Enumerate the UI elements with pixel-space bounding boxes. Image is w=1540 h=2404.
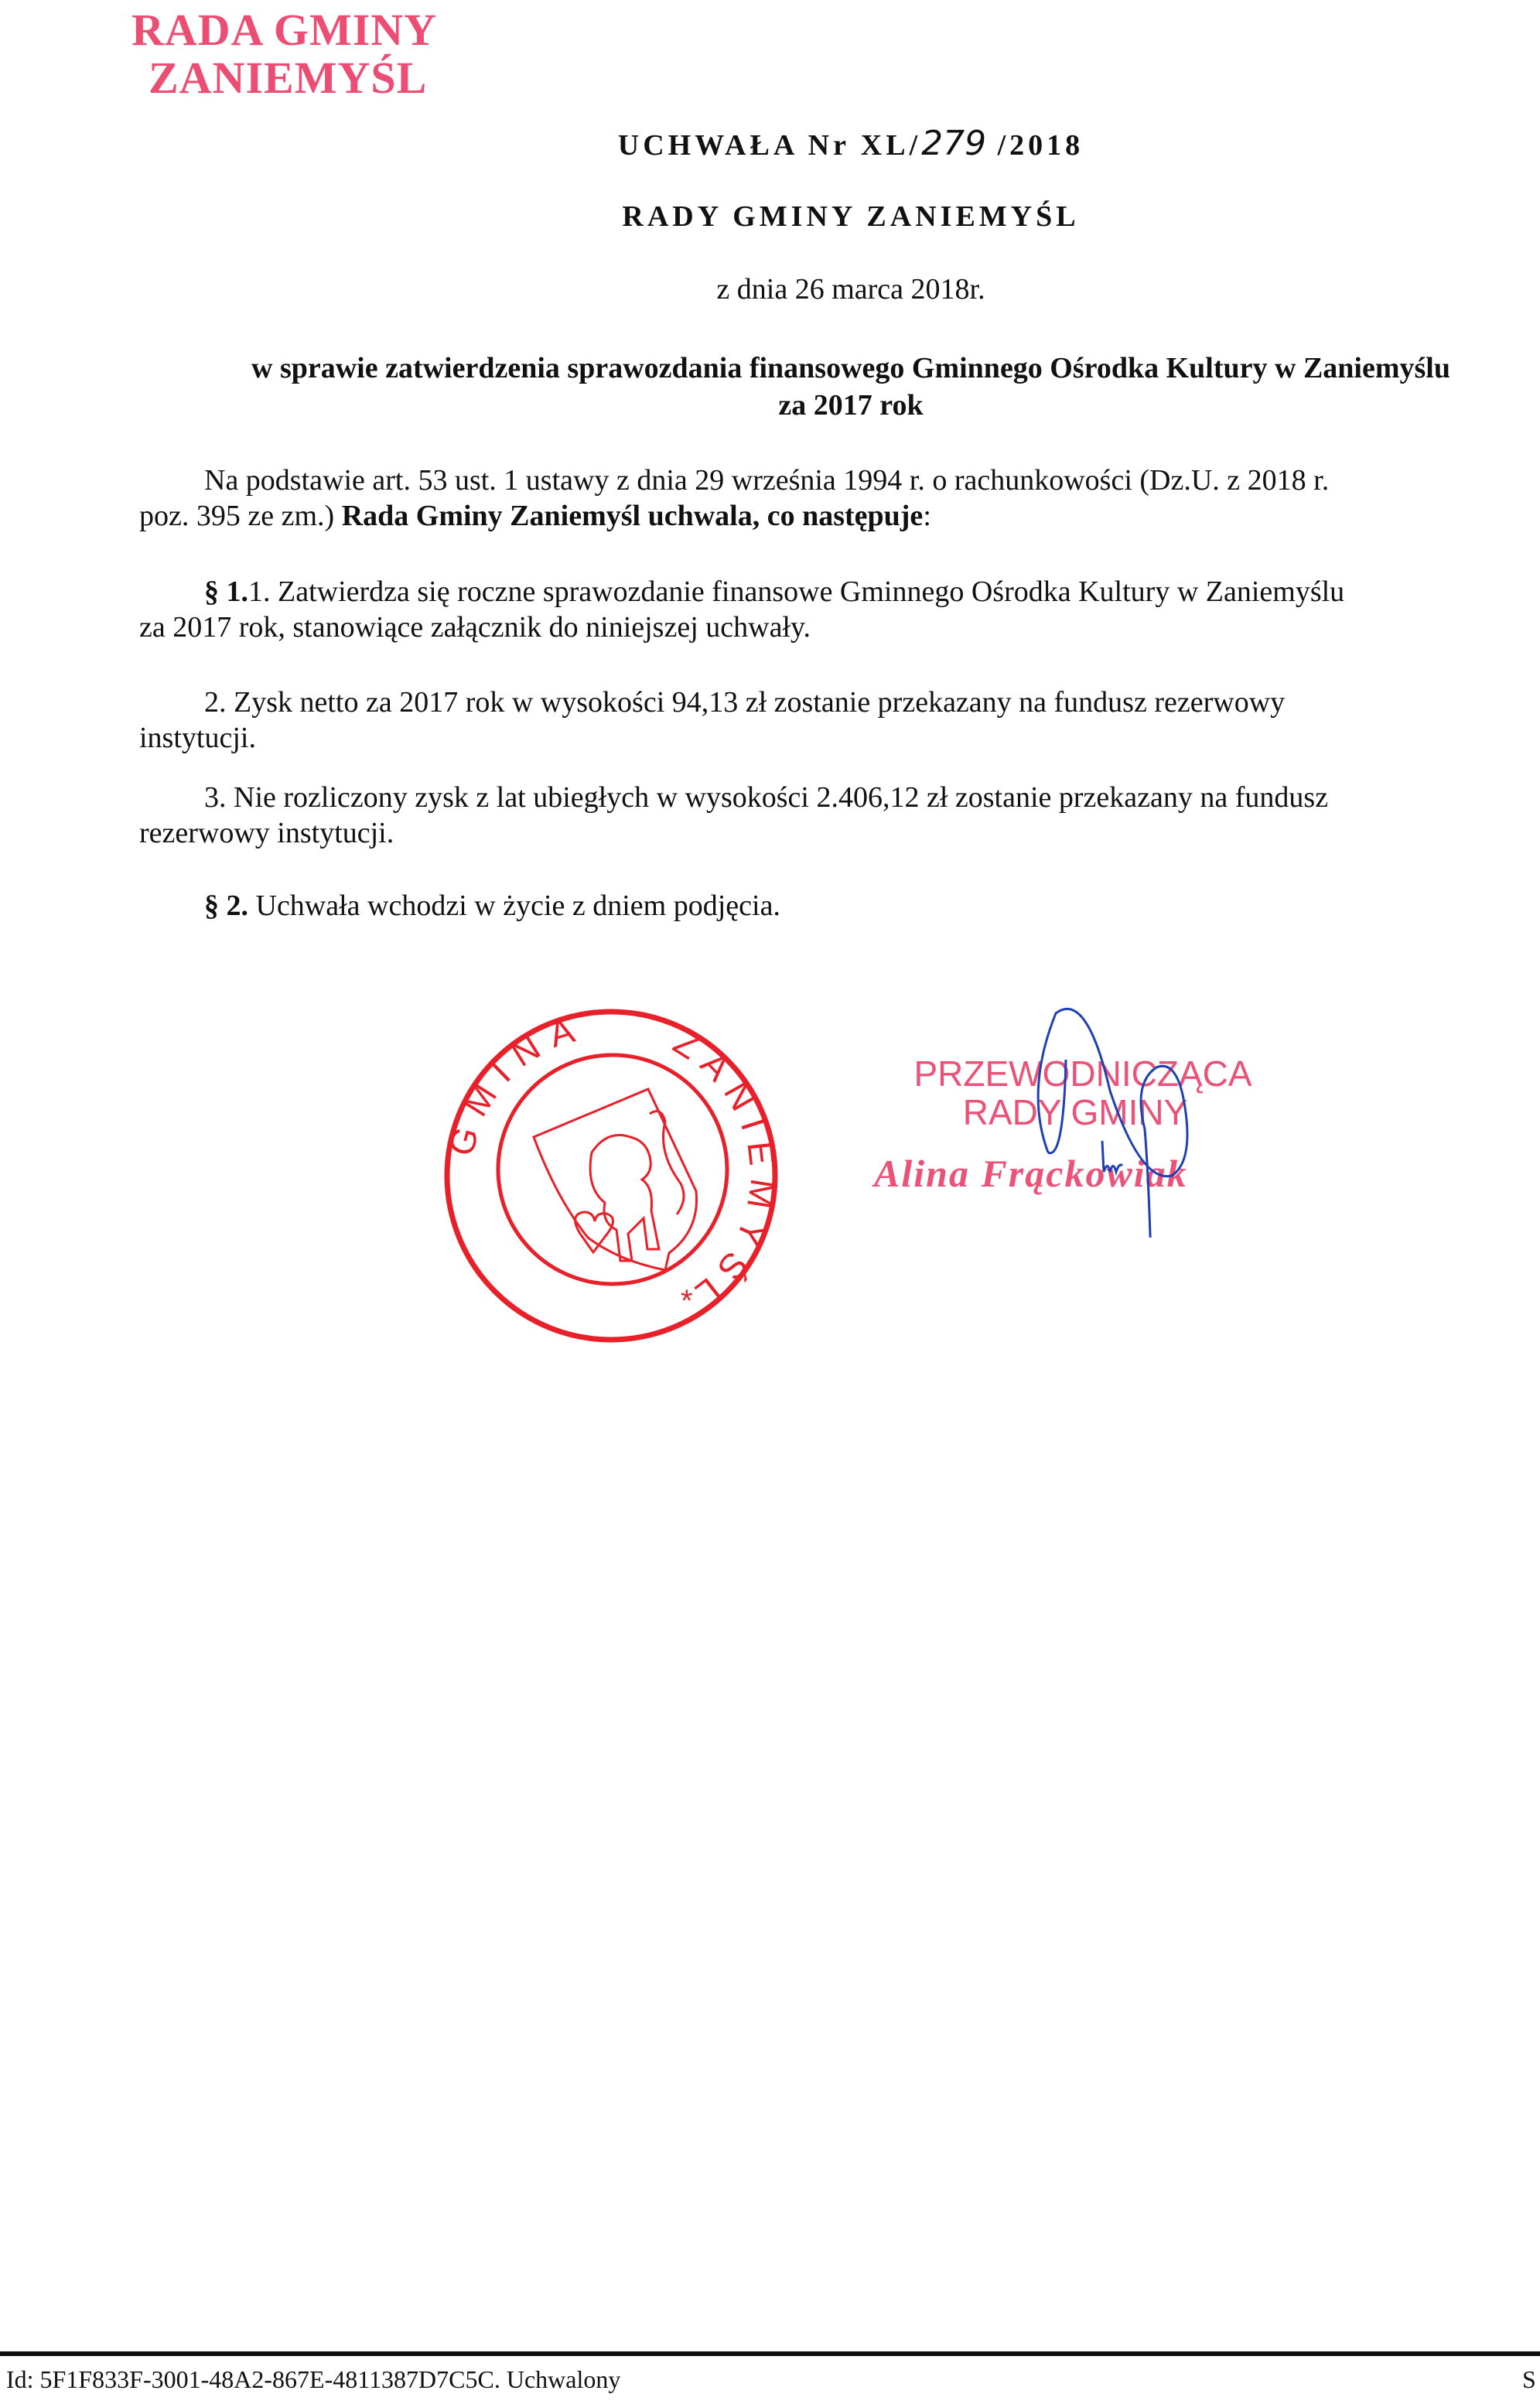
council-header-stamp: RADA GMINY ZANIEMYŚL xyxy=(131,6,437,102)
seal-icon: GMINA ZANIEMYŚL * xyxy=(433,998,789,1354)
section-1-label: § 1. xyxy=(204,575,248,608)
seal-text-left: GMINA xyxy=(440,1006,590,1160)
resolution-title: UCHWAŁA Nr XL/279 /2018 xyxy=(0,124,1540,163)
preamble: Na podstawie art. 53 ust. 1 ustawy z dni… xyxy=(139,463,1329,534)
section-1-point-1: § 1.1. Zatwierdza się roczne sprawozdani… xyxy=(139,574,1344,645)
handwritten-resolution-number: 279 xyxy=(921,124,986,163)
council-stamp-line2: ZANIEMYŚL xyxy=(131,54,437,102)
section-2-label: § 2. xyxy=(204,890,248,922)
svg-text:GMINA: GMINA xyxy=(440,1006,590,1160)
chairwoman-signature-block: PRZEWODNICZĄCA RADY GMINY Alina Frąckowi… xyxy=(859,1036,1323,1222)
council-stamp-line1: RADA GMINY xyxy=(131,6,437,54)
handwritten-signature-icon xyxy=(859,1006,1323,1238)
subject-line-1: w sprawie zatwierdzenia sprawozdania fin… xyxy=(0,351,1540,385)
preamble-enacting-clause: Rada Gminy Zaniemyśl uchwala, co następu… xyxy=(342,500,924,532)
footer-divider xyxy=(0,2351,1540,2356)
title-prefix: UCHWAŁA Nr XL/ xyxy=(618,129,921,162)
document-id: Id: 5F1F833F-3001-48A2-867E-4811387D7C5C… xyxy=(6,2365,620,2394)
council-name: RADY GMINY ZANIEMYŚL xyxy=(0,200,1540,234)
resolution-date: z dnia 26 marca 2018r. xyxy=(0,272,1540,306)
title-suffix: /2018 xyxy=(986,129,1084,162)
preamble-line-1: Na podstawie art. 53 ust. 1 ustawy z dni… xyxy=(139,463,1329,498)
subject-line-2: za 2017 rok xyxy=(0,388,1540,422)
municipal-seal: GMINA ZANIEMYŚL * xyxy=(433,998,789,1354)
section-1-point-2: 2. Zysk netto za 2017 rok w wysokości 94… xyxy=(139,685,1285,756)
section-1-point-3: 3. Nie rozliczony zysk z lat ubiegłych w… xyxy=(139,780,1328,851)
svg-text:*: * xyxy=(681,1284,693,1318)
section-2: § 2. Uchwała wchodzi w życie z dniem pod… xyxy=(204,888,780,924)
footer-right-text: S xyxy=(1522,2365,1536,2394)
preamble-line-2: poz. 395 ze zm.) Rada Gminy Zaniemyśl uc… xyxy=(139,498,1329,534)
